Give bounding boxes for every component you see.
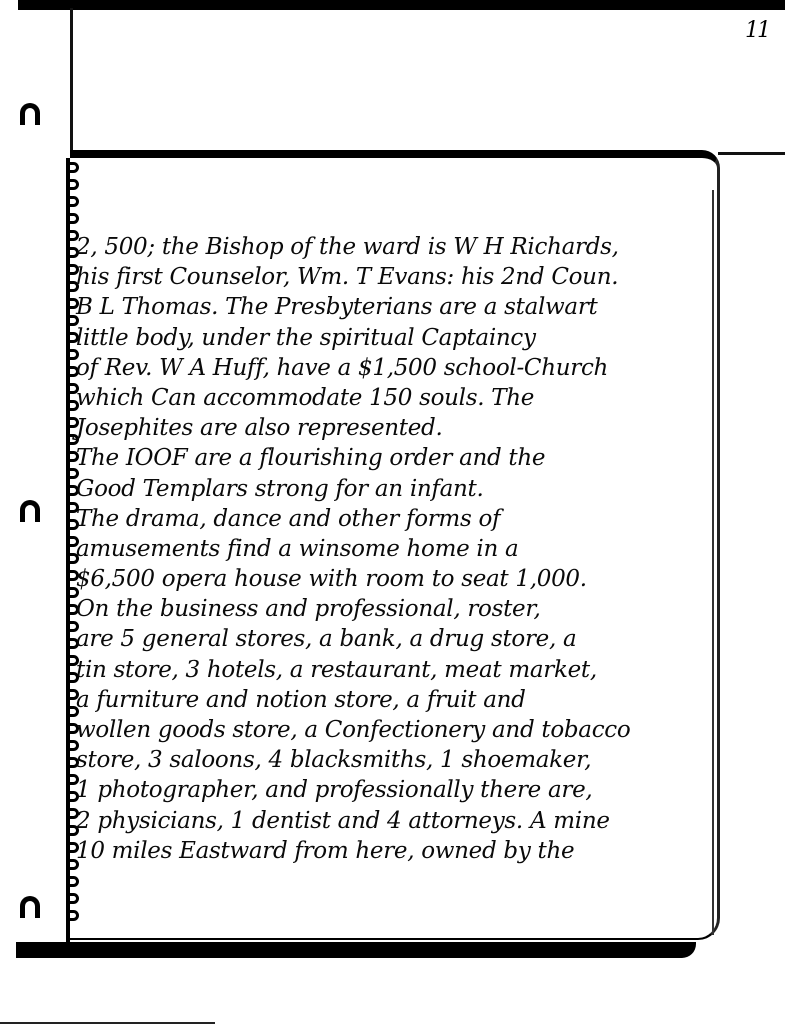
- text-line: little body, under the spiritual Captain…: [76, 323, 716, 353]
- text-line: 2 physicians, 1 dentist and 4 attorneys.…: [76, 806, 716, 836]
- text-line: Good Templars strong for an infant.: [76, 474, 716, 504]
- spiral-coil-icon: [68, 179, 79, 190]
- text-line: B L Thomas. The Presbyterians are a stal…: [76, 292, 716, 322]
- spiral-coil-icon: [68, 910, 79, 921]
- text-line: his first Counselor, Wm. T Evans: his 2n…: [76, 262, 716, 292]
- text-line: The drama, dance and other forms of: [76, 504, 716, 534]
- spiral-coil-icon: [68, 162, 79, 173]
- spiral-coil-icon: [68, 893, 79, 904]
- binder-hole-icon: [20, 500, 40, 522]
- text-line: The IOOF are a flourishing order and the: [76, 443, 716, 473]
- page-number: 11: [745, 18, 769, 43]
- notebook-edge-line: [718, 152, 785, 155]
- text-line: 2, 500; the Bishop of the ward is W H Ri…: [76, 232, 716, 262]
- handwritten-text: 2, 500; the Bishop of the ward is W H Ri…: [76, 232, 716, 866]
- spiral-coil-icon: [68, 876, 79, 887]
- text-line: $6,500 opera house with room to seat 1,0…: [76, 564, 716, 594]
- text-line: 10 miles Eastward from here, owned by th…: [76, 836, 716, 866]
- text-line: wollen goods store, a Confectionery and …: [76, 715, 716, 745]
- spiral-coil-icon: [68, 196, 79, 207]
- binder-hole-icon: [20, 896, 40, 918]
- notebook-bottom-edge: [16, 942, 696, 958]
- spiral-coil-icon: [68, 213, 79, 224]
- text-line: tin store, 3 hotels, a restaurant, meat …: [76, 655, 716, 685]
- text-line: amusements find a winsome home in a: [76, 534, 716, 564]
- text-line: of Rev. W A Huff, have a $1,500 school-C…: [76, 353, 716, 383]
- text-line: Josephites are also represented.: [76, 413, 716, 443]
- text-line: store, 3 saloons, 4 blacksmiths, 1 shoem…: [76, 745, 716, 775]
- text-line: 1 photographer, and professionally there…: [76, 775, 716, 805]
- text-line: are 5 general stores, a bank, a drug sto…: [76, 624, 716, 654]
- text-line: a furniture and notion store, a fruit an…: [76, 685, 716, 715]
- text-line: On the business and professional, roster…: [76, 594, 716, 624]
- scan-top-edge: [18, 0, 785, 10]
- text-line: which Can accommodate 150 souls. The: [76, 383, 716, 413]
- binder-hole-icon: [20, 103, 40, 125]
